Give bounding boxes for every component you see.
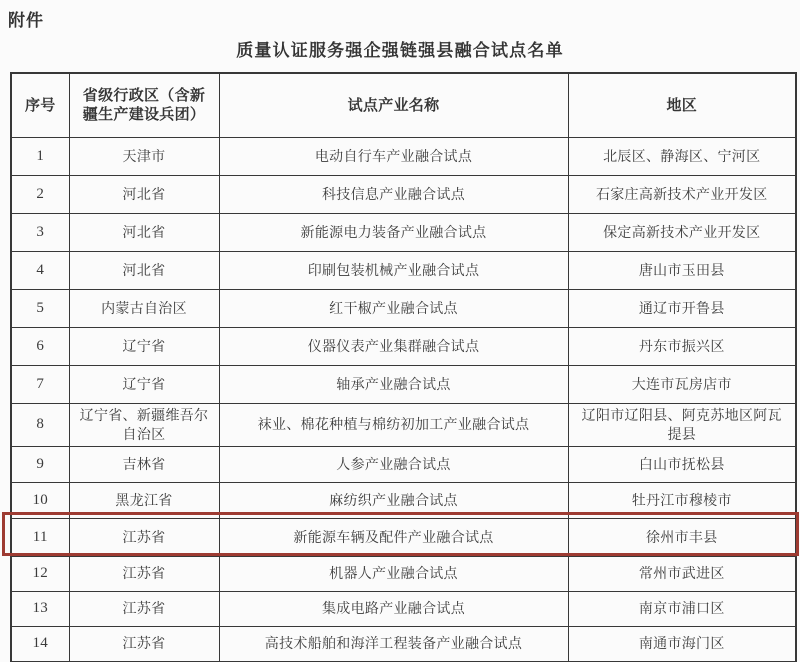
cell-region: 丹东市振兴区 [568, 327, 796, 365]
pilot-table-wrap: 序号 省级行政区（含新疆生产建设兵团） 试点产业名称 地区 1天津市电动自行车产… [10, 72, 795, 662]
cell-serial-no: 4 [11, 251, 69, 289]
attachment-label: 附件 [8, 6, 44, 31]
cell-industry: 仪器仪表产业集群融合试点 [219, 327, 568, 365]
cell-industry: 红干椒产业融合试点 [219, 289, 568, 327]
cell-region: 保定高新技术产业开发区 [568, 213, 796, 251]
cell-region: 石家庄高新技术产业开发区 [568, 175, 796, 213]
document-title: 质量认证服务强企强链强县融合试点名单 [0, 36, 800, 61]
cell-industry: 高技术船舶和海洋工程装备产业融合试点 [219, 626, 568, 661]
table-row: 3河北省新能源电力装备产业融合试点保定高新技术产业开发区 [11, 213, 796, 251]
header-province: 省级行政区（含新疆生产建设兵团） [69, 73, 219, 137]
cell-province: 江苏省 [69, 556, 219, 591]
cell-industry: 人参产业融合试点 [219, 446, 568, 482]
cell-province: 吉林省 [69, 446, 219, 482]
table-row: 9吉林省人参产业融合试点白山市抚松县 [11, 446, 796, 482]
cell-province: 河北省 [69, 175, 219, 213]
cell-region: 牡丹江市穆棱市 [568, 482, 796, 518]
cell-serial-no: 9 [11, 446, 69, 482]
table-row: 4河北省印刷包装机械产业融合试点唐山市玉田县 [11, 251, 796, 289]
cell-industry: 印刷包装机械产业融合试点 [219, 251, 568, 289]
cell-province: 黑龙江省 [69, 482, 219, 518]
table-row: 13江苏省集成电路产业融合试点南京市浦口区 [11, 591, 796, 626]
cell-province: 江苏省 [69, 518, 219, 556]
header-row: 序号 省级行政区（含新疆生产建设兵团） 试点产业名称 地区 [11, 73, 796, 137]
cell-serial-no: 3 [11, 213, 69, 251]
cell-province: 内蒙古自治区 [69, 289, 219, 327]
cell-serial-no: 11 [11, 518, 69, 556]
cell-serial-no: 1 [11, 137, 69, 175]
cell-industry: 机器人产业融合试点 [219, 556, 568, 591]
cell-industry: 袜业、棉花种植与棉纺初加工产业融合试点 [219, 403, 568, 446]
table-row: 12江苏省机器人产业融合试点常州市武进区 [11, 556, 796, 591]
cell-province: 江苏省 [69, 591, 219, 626]
cell-industry: 麻纺织产业融合试点 [219, 482, 568, 518]
cell-region: 大连市瓦房店市 [568, 365, 796, 403]
cell-region: 南京市浦口区 [568, 591, 796, 626]
cell-industry: 科技信息产业融合试点 [219, 175, 568, 213]
cell-province: 江苏省 [69, 626, 219, 661]
cell-industry: 集成电路产业融合试点 [219, 591, 568, 626]
table-row: 11江苏省新能源车辆及配件产业融合试点徐州市丰县 [11, 518, 796, 556]
cell-region: 辽阳市辽阳县、阿克苏地区阿瓦提县 [568, 403, 796, 446]
table-row: 2河北省科技信息产业融合试点石家庄高新技术产业开发区 [11, 175, 796, 213]
cell-region: 常州市武进区 [568, 556, 796, 591]
table-row: 1天津市电动自行车产业融合试点北辰区、静海区、宁河区 [11, 137, 796, 175]
cell-region: 北辰区、静海区、宁河区 [568, 137, 796, 175]
cell-serial-no: 6 [11, 327, 69, 365]
cell-serial-no: 10 [11, 482, 69, 518]
cell-serial-no: 14 [11, 626, 69, 661]
table-row: 8辽宁省、新疆维吾尔自治区袜业、棉花种植与棉纺初加工产业融合试点辽阳市辽阳县、阿… [11, 403, 796, 446]
table-row: 5内蒙古自治区红干椒产业融合试点通辽市开鲁县 [11, 289, 796, 327]
cell-province: 辽宁省 [69, 327, 219, 365]
cell-serial-no: 5 [11, 289, 69, 327]
header-region: 地区 [568, 73, 796, 137]
cell-region: 通辽市开鲁县 [568, 289, 796, 327]
cell-province: 辽宁省、新疆维吾尔自治区 [69, 403, 219, 446]
cell-region: 南通市海门区 [568, 626, 796, 661]
cell-region: 唐山市玉田县 [568, 251, 796, 289]
document-page: 附件 质量认证服务强企强链强县融合试点名单 序号 省级行政区（含新疆生产建设兵团… [0, 0, 800, 662]
cell-province: 辽宁省 [69, 365, 219, 403]
cell-serial-no: 12 [11, 556, 69, 591]
cell-serial-no: 7 [11, 365, 69, 403]
cell-serial-no: 13 [11, 591, 69, 626]
table-row: 10黑龙江省麻纺织产业融合试点牡丹江市穆棱市 [11, 482, 796, 518]
header-serial-no: 序号 [11, 73, 69, 137]
cell-region: 白山市抚松县 [568, 446, 796, 482]
header-industry: 试点产业名称 [219, 73, 568, 137]
cell-province: 河北省 [69, 251, 219, 289]
cell-region: 徐州市丰县 [568, 518, 796, 556]
cell-serial-no: 8 [11, 403, 69, 446]
table-row: 6辽宁省仪器仪表产业集群融合试点丹东市振兴区 [11, 327, 796, 365]
cell-province: 河北省 [69, 213, 219, 251]
cell-industry: 电动自行车产业融合试点 [219, 137, 568, 175]
cell-industry: 轴承产业融合试点 [219, 365, 568, 403]
cell-industry: 新能源电力装备产业融合试点 [219, 213, 568, 251]
cell-province: 天津市 [69, 137, 219, 175]
table-row: 14江苏省高技术船舶和海洋工程装备产业融合试点南通市海门区 [11, 626, 796, 661]
cell-serial-no: 2 [11, 175, 69, 213]
cell-industry: 新能源车辆及配件产业融合试点 [219, 518, 568, 556]
table-row: 7辽宁省轴承产业融合试点大连市瓦房店市 [11, 365, 796, 403]
pilot-table: 序号 省级行政区（含新疆生产建设兵团） 试点产业名称 地区 1天津市电动自行车产… [10, 72, 797, 662]
